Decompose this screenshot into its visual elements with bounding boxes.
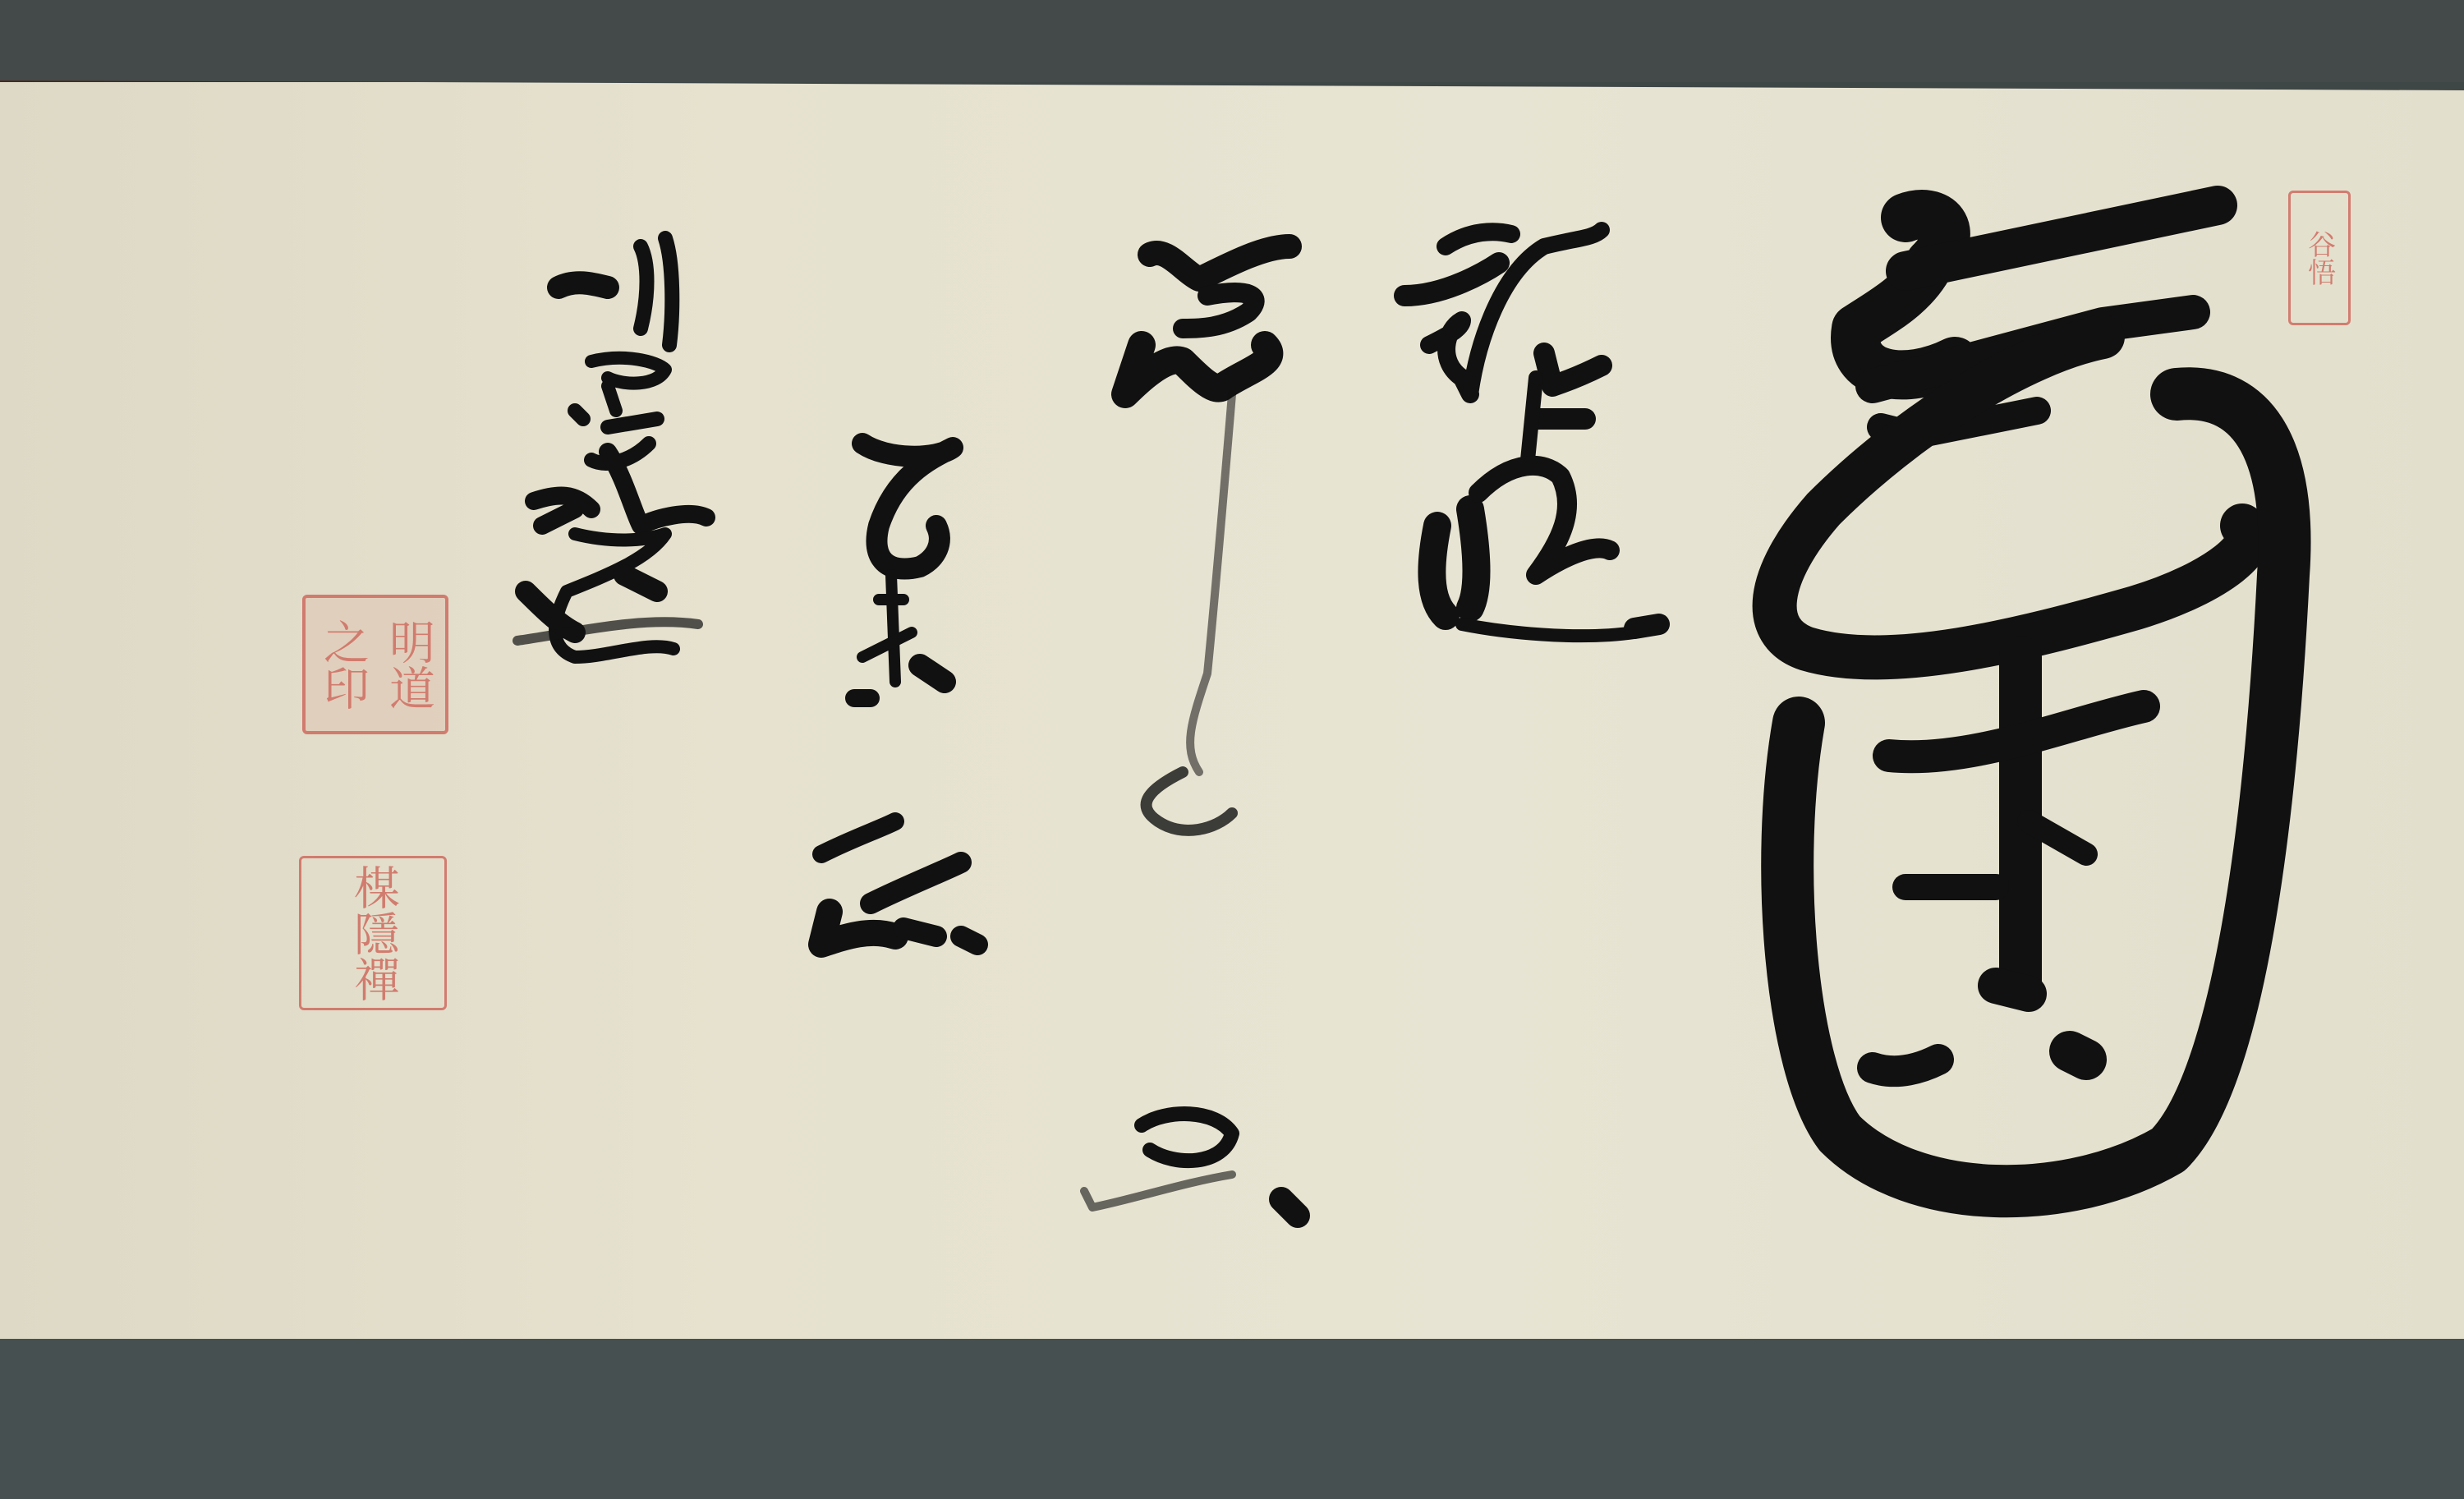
calligraphy-ink [0,0,2464,1499]
seal-left-upper: 明道之印 [302,595,448,734]
main-character [1775,205,2285,1191]
column-4-signature [517,238,706,657]
column-1-characters [1404,230,1659,636]
seal-top-right: 谷悟 [2288,191,2351,325]
column-2-characters [1084,246,1298,1216]
seal-left-lower: 楳隱禪 [299,856,447,1010]
seal-text: 明道之印 [310,598,441,731]
seal-text: 谷悟 [2300,230,2340,286]
seal-text: 楳隱禪 [340,864,406,1002]
column-3-characters [821,444,977,945]
